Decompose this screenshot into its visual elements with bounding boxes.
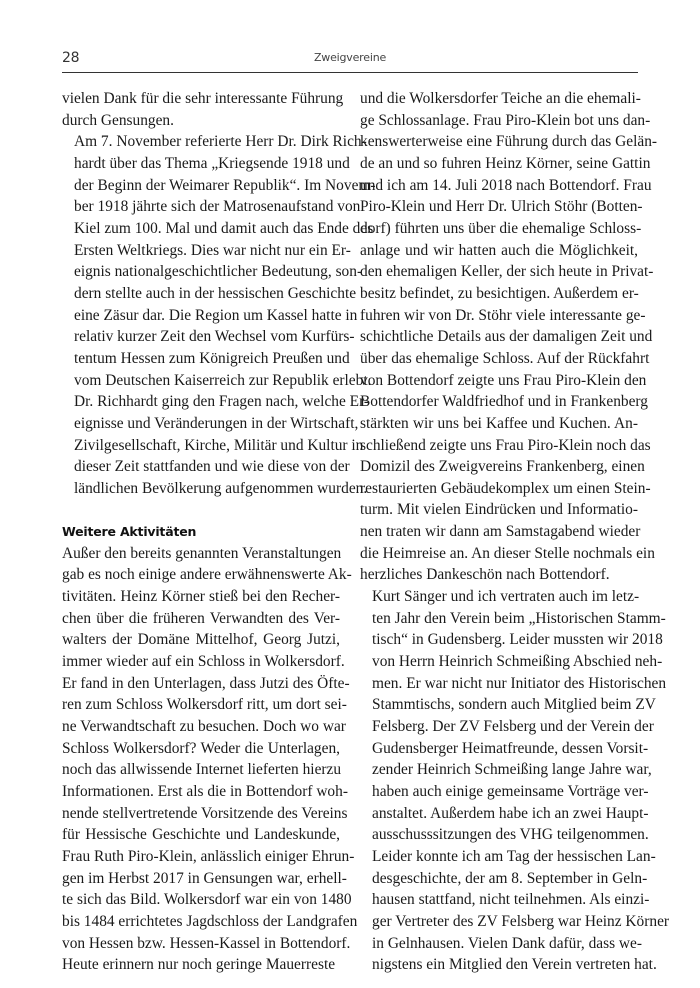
- text-line: walters der Domäne Mittelhof, Georg Jutz…: [62, 629, 340, 651]
- text-line: kenswerterweise eine Führung durch das G…: [360, 131, 638, 153]
- text-line: restaurierten Gebäudekomplex um einen St…: [360, 478, 638, 500]
- text-line: Heute erinnern nur noch geringe Mauerres…: [62, 954, 340, 976]
- text-line: vom Deutschen Kaiserreich zur Republik e…: [62, 370, 340, 392]
- text-line: die Heimreise an. An dieser Stelle nochm…: [360, 543, 638, 565]
- text-line: ber 1918 jährte sich der Matrosenaufstan…: [62, 196, 340, 218]
- text-line: Informationen. Erst als die in Bottendor…: [62, 781, 340, 803]
- text-line: bis 1484 errichtetes Jagdschloss der Lan…: [62, 911, 340, 933]
- paragraph-continuation: vielen Dank für die sehr interessante Fü…: [62, 88, 340, 131]
- text-line: besitz befindet, zu besichtigen. Außerde…: [360, 283, 638, 305]
- text-line: hardt über das Thema „Kriegsende 1918 un…: [62, 153, 340, 175]
- running-title: Zweigvereine: [62, 51, 638, 64]
- text-line: nende stellvertretende Vorsitzende des V…: [62, 803, 340, 825]
- text-line: Dr. Richhardt ging den Fragen nach, welc…: [62, 391, 340, 413]
- text-line: dorf) führten uns über die ehemalige Sch…: [360, 218, 638, 240]
- text-line: ren zum Schloss Wolkersdorf ritt, um dor…: [62, 694, 340, 716]
- text-line: von Bottendorf zeigte uns Frau Piro-Klei…: [360, 370, 638, 392]
- text-line: Bottendorfer Waldfriedhof und in Franken…: [360, 391, 638, 413]
- text-line: den ehemaligen Keller, der sich heute in…: [360, 261, 638, 283]
- text-line: von Herrn Heinrich Schmeißing Abschied n…: [360, 651, 638, 673]
- text-line: tisch“ in Gudensberg. Leider mussten wir…: [360, 629, 638, 651]
- text-line: noch das allwissende Internet lieferten …: [62, 759, 340, 781]
- text-line: Domizil des Zweigvereins Frankenberg, ei…: [360, 456, 638, 478]
- text-line: herzliches Dankeschön nach Bottendorf.: [360, 564, 638, 586]
- text-line: und die Wolkersdorfer Teiche an die ehem…: [360, 88, 638, 110]
- text-line: stärkten wir uns bei Kaffee und Kuchen. …: [360, 413, 638, 435]
- text-line: gen im Herbst 2017 in Gensungen war, erh…: [62, 868, 340, 890]
- text-line: fuhren wir von Dr. Stöhr viele interessa…: [360, 305, 638, 327]
- text-line: Piro-Klein und Herr Dr. Ulrich Stöhr (Bo…: [360, 196, 638, 218]
- text-line: ten Jahr den Verein beim „Historischen S…: [360, 608, 638, 630]
- right-column: und die Wolkersdorfer Teiche an die ehem…: [360, 88, 638, 976]
- text-line: Felsberg. Der ZV Felsberg und der Verein…: [360, 716, 638, 738]
- text-line: zender Heinrich Schmeißing lange Jahre w…: [360, 759, 638, 781]
- text-line: Kiel zum 100. Mal und damit auch das End…: [62, 218, 340, 240]
- text-line: der Beginn der Weimarer Republik“. Im No…: [62, 175, 340, 197]
- text-line: ge Schlossanlage. Frau Piro-Klein bot un…: [360, 110, 638, 132]
- text-line: und ich am 14. Juli 2018 nach Bottendorf…: [360, 175, 638, 197]
- paragraph-wolkersdorf: Außer den bereits genannten Veranstaltun…: [62, 543, 340, 976]
- book-page: 28 Zweigvereine vielen Dank für die sehr…: [0, 0, 700, 988]
- text-line: turm. Mit vielen Eindrücken und Informat…: [360, 499, 638, 521]
- text-line: dern stellte auch in der hessischen Gesc…: [62, 283, 340, 305]
- text-line: immer wieder auf ein Schloss in Wolkersd…: [62, 651, 340, 673]
- text-line: gab es noch einige andere erwähnenswerte…: [62, 564, 340, 586]
- text-line: über das ehemalige Schloss. Auf der Rück…: [360, 348, 638, 370]
- text-line: Stammtischs, sondern auch Mitglied beim …: [360, 694, 638, 716]
- text-line: vielen Dank für die sehr interessante Fü…: [62, 88, 340, 110]
- paragraph-historischer-stammtisch: Kurt Sänger und ich vertraten auch im le…: [360, 586, 638, 976]
- text-line: hausen stattfand, nicht teilnehmen. Als …: [360, 889, 638, 911]
- text-line: relativ kurzer Zeit den Wechsel vom Kurf…: [62, 326, 340, 348]
- text-line: schichtliche Details aus der damaligen Z…: [360, 326, 638, 348]
- text-line: Zivilgesellschaft, Kirche, Militär und K…: [62, 435, 340, 457]
- text-line: Frau Ruth Piro-Klein, anlässlich einiger…: [62, 846, 340, 868]
- text-line: anlage und wir hatten auch die Möglichke…: [360, 240, 638, 262]
- text-line: te sich das Bild. Wolkersdorf war ein vo…: [62, 889, 340, 911]
- text-line: ger Vertreter des ZV Felsberg war Heinz …: [360, 911, 638, 933]
- paragraph-bottendorf-visit: und die Wolkersdorfer Teiche an die ehem…: [360, 88, 638, 586]
- text-line: Außer den bereits genannten Veranstaltun…: [62, 543, 340, 565]
- text-line: chen über die früheren Verwandten des Ve…: [62, 608, 340, 630]
- text-line: Kurt Sänger und ich vertraten auch im le…: [360, 586, 638, 608]
- text-line: Er fand in den Unterlagen, dass Jutzi de…: [62, 673, 340, 695]
- text-line: Gudensberger Heimatfreunde, dessen Vorsi…: [360, 738, 638, 760]
- text-line: anstaltet. Außerdem habe ich an zwei Hau…: [360, 803, 638, 825]
- text-line: tivitäten. Heinz Körner stieß bei den Re…: [62, 586, 340, 608]
- paragraph-lecture-richhardt: Am 7. November referierte Herr Dr. Dirk …: [62, 131, 340, 499]
- text-line: tentum Hessen zum Königreich Preußen und: [62, 348, 340, 370]
- text-line: Ersten Weltkriegs. Dies war nicht nur ei…: [62, 240, 340, 262]
- text-line: schließend zeigte uns Frau Piro-Klein no…: [360, 435, 638, 457]
- text-line: eignis nationalgeschichtlicher Bedeutung…: [62, 261, 340, 283]
- text-line: nen traten wir dann am Samstagabend wied…: [360, 521, 638, 543]
- text-line: de an und so fuhren Heinz Körner, seine …: [360, 153, 638, 175]
- text-line: desgeschichte, der am 8. September in Ge…: [360, 868, 638, 890]
- text-line: men. Er war nicht nur Initiator des Hist…: [360, 673, 638, 695]
- text-line: Am 7. November referierte Herr Dr. Dirk …: [62, 131, 340, 153]
- text-line: ne Verwandtschaft zu besuchen. Doch wo w…: [62, 716, 340, 738]
- text-line: ausschusssitzungen des VHG teilgenommen.: [360, 824, 638, 846]
- text-line: nigstens ein Mitglied den Verein vertret…: [360, 954, 638, 976]
- section-heading-weitere-aktivitaeten: Weitere Aktivitäten: [62, 521, 340, 543]
- text-line: in Gelnhausen. Vielen Dank dafür, dass w…: [360, 933, 638, 955]
- text-line: eignisse und Veränderungen in der Wirtsc…: [62, 413, 340, 435]
- page-header: 28 Zweigvereine: [62, 50, 638, 73]
- text-line: Schloss Wolkersdorf? Weder die Unterlage…: [62, 738, 340, 760]
- text-line: Leider konnte ich am Tag der hessischen …: [360, 846, 638, 868]
- text-line: ländlichen Bevölkerung aufgenommen wurde…: [62, 478, 340, 500]
- text-line: haben auch einige gemeinsame Vorträge ve…: [360, 781, 638, 803]
- text-line: von Hessen bzw. Hessen-Kassel in Bottend…: [62, 933, 340, 955]
- left-column: vielen Dank für die sehr interessante Fü…: [62, 88, 340, 976]
- text-line: dieser Zeit stattfanden und wie diese vo…: [62, 456, 340, 478]
- text-line: für Hessische Geschichte und Landeskunde…: [62, 824, 340, 846]
- text-line: eine Zäsur dar. Die Region um Kassel hat…: [62, 305, 340, 327]
- text-line: durch Gensungen.: [62, 110, 340, 132]
